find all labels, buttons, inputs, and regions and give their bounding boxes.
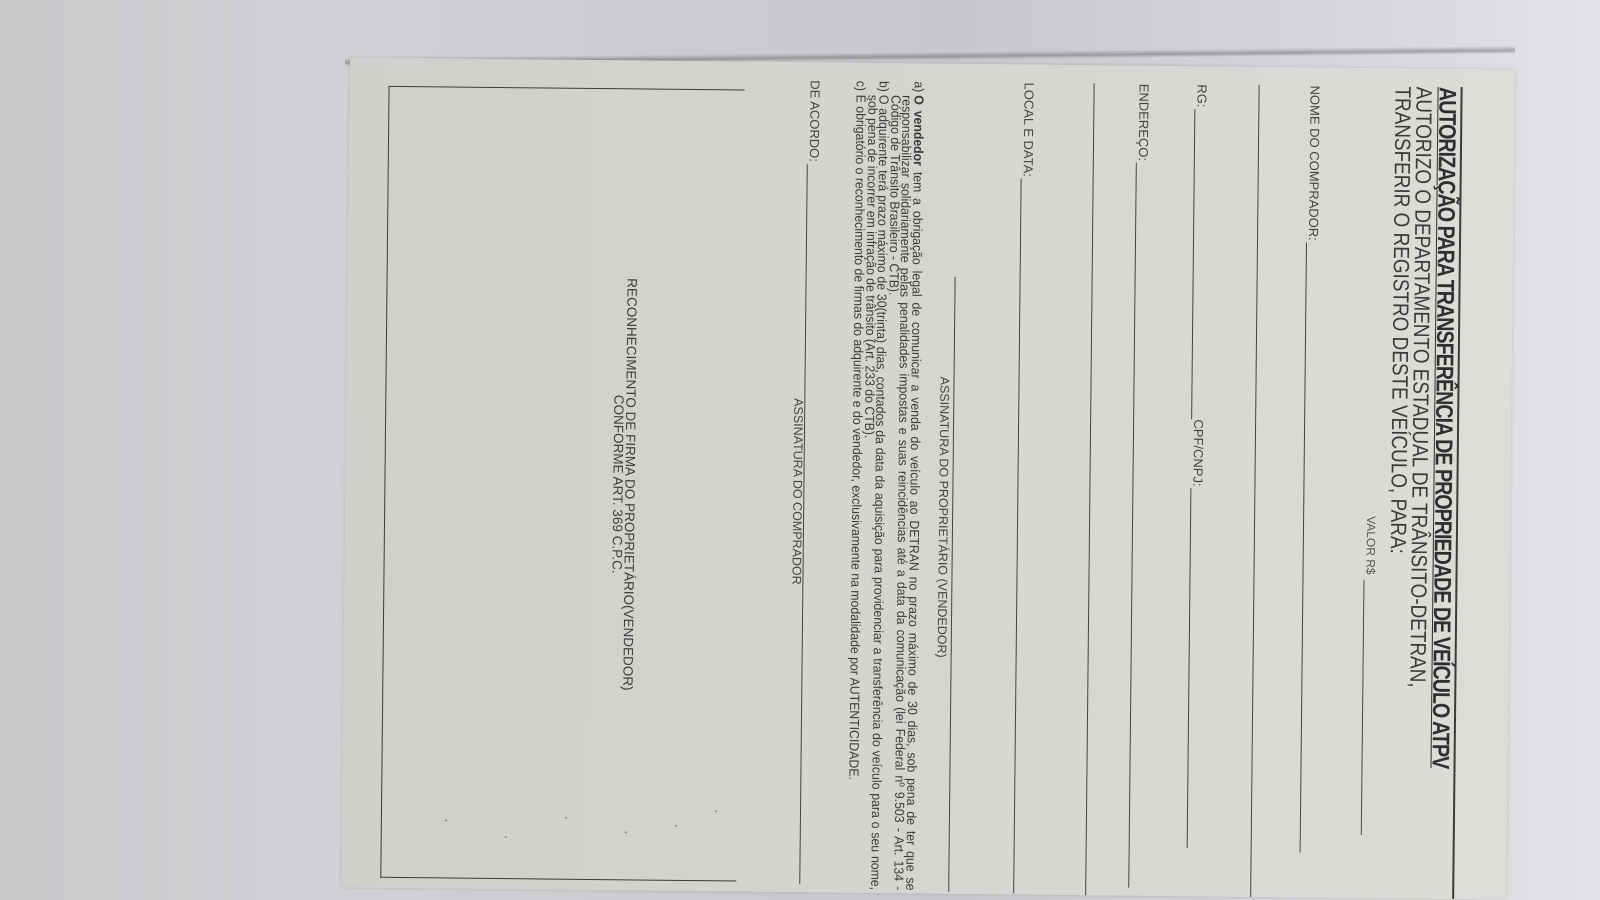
address-continuation-line[interactable] bbox=[1085, 83, 1095, 895]
cpf-cnpj-label: CPF/CNPJ: bbox=[1190, 419, 1206, 486]
address-label: ENDEREÇO: bbox=[1136, 84, 1152, 161]
valor-field[interactable]: VALOR R$ bbox=[1361, 516, 1378, 836]
notary-recognition-box: RECONHECIMENTO DE FIRMA DO PROPRIETÁRIO(… bbox=[380, 86, 744, 882]
seller-signature-caption: ASSINATURA DO PROPRIETÁRIO (VENDEDOR) bbox=[935, 377, 952, 658]
address-field[interactable]: ENDEREÇO: bbox=[1128, 84, 1151, 888]
authorization-statement: AUTORIZO O DEPARTAMENTO ESTADUAL DE TRÂN… bbox=[1386, 86, 1434, 687]
paper-speck bbox=[565, 817, 567, 819]
rg-label: RG: bbox=[1194, 84, 1209, 107]
rg-blank-line[interactable] bbox=[1191, 109, 1196, 419]
note-a-mark: a) bbox=[890, 81, 925, 95]
rg-cpf-field-row: RG: CPF/CNPJ: bbox=[1187, 84, 1210, 848]
address-blank-line[interactable] bbox=[1128, 163, 1138, 888]
buyer-name-field[interactable]: NOME DO COMPRADOR: bbox=[1300, 85, 1323, 852]
place-date-blank-line[interactable] bbox=[1013, 179, 1022, 894]
buyer-name-continuation-line[interactable] bbox=[1250, 85, 1260, 897]
note-a-text: tem a obrigação legal de comunicar a ven… bbox=[886, 95, 925, 891]
buyer-signature-caption: ASSINATURA DO COMPRADOR bbox=[789, 398, 805, 585]
valor-label: VALOR R$ bbox=[1364, 516, 1379, 575]
buyer-name-label: NOME DO COMPRADOR: bbox=[1306, 85, 1323, 240]
de-acordo-label: DE ACORDO: bbox=[807, 80, 823, 162]
buyer-name-blank-line[interactable] bbox=[1300, 243, 1308, 853]
paper-speck bbox=[625, 831, 627, 833]
place-date-field[interactable]: LOCAL E DATA: bbox=[1013, 82, 1036, 894]
notary-box-title: RECONHECIMENTO DE FIRMA DO PROPRIETÁRIO(… bbox=[607, 89, 639, 879]
valor-blank-line[interactable] bbox=[1361, 581, 1365, 836]
note-b-mark: b) bbox=[867, 81, 890, 95]
atpv-form-paper: AUTORIZAÇÃO PARA TRANSFERÊNCIA DE PROPRI… bbox=[341, 57, 1515, 899]
paper-speck bbox=[505, 836, 507, 838]
legal-notes: a) O vendedor tem a obrigação legal de c… bbox=[847, 81, 924, 891]
paper-speck bbox=[675, 825, 677, 827]
paper-speck bbox=[445, 819, 447, 821]
paper-speck bbox=[715, 810, 717, 812]
place-date-label: LOCAL E DATA: bbox=[1021, 82, 1037, 177]
note-c-mark: c) bbox=[856, 81, 868, 95]
cpf-cnpj-blank-line[interactable] bbox=[1187, 489, 1193, 849]
